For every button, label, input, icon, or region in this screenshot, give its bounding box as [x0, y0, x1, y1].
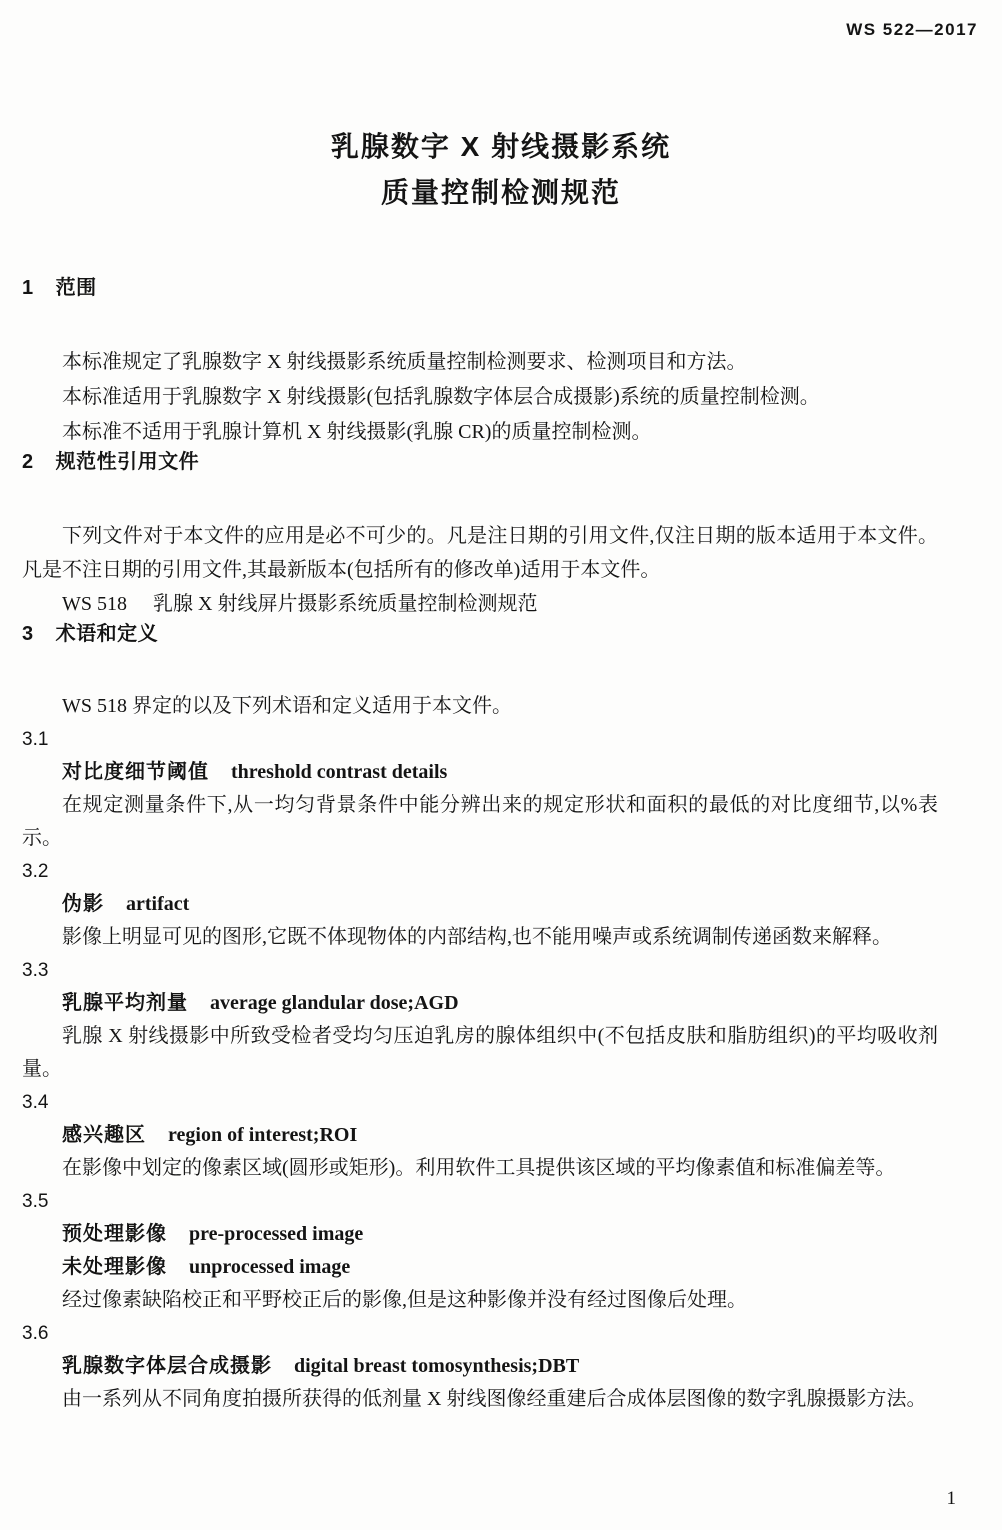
document-title-line2: 质量控制检测规范 — [0, 170, 1002, 216]
term-definition: 由一系列从不同角度拍摄所获得的低剂量 X 射线图像经重建后合成体层图像的数字乳腺… — [22, 1383, 938, 1416]
term-name: 预处理影像pre-processed image — [22, 1218, 938, 1251]
term-name-zh: 乳腺平均剂量 — [62, 992, 188, 1014]
term-number: 3.1 — [22, 723, 938, 756]
section-3-title: 术语和定义 — [56, 623, 159, 645]
section-3-content: WS 518 界定的以及下列术语和定义适用于本文件。 3.1 对比度细节阈值th… — [22, 690, 938, 1416]
term-name-en: unprocessed image — [189, 1256, 350, 1278]
section-2-heading: 2规范性引用文件 — [22, 450, 938, 474]
term-name-en: threshold contrast details — [231, 761, 447, 783]
term-number: 3.6 — [22, 1317, 938, 1350]
term-definition: 影像上明显可见的图形,它既不体现物体的内部结构,也不能用噪声或系统调制传递函数来… — [22, 921, 938, 954]
section-1-heading: 1范围 — [22, 276, 938, 300]
term-definition: 乳腺 X 射线摄影中所致受检者受均匀压迫乳房的腺体组织中(不包括皮肤和脂肪组织)… — [22, 1020, 938, 1086]
section-2-content: 下列文件对于本文件的应用是必不可少的。凡是注日期的引用文件,仅注日期的版本适用于… — [22, 519, 938, 622]
document-page: WS 522—2017 乳腺数字 X 射线摄影系统 质量控制检测规范 1范围 本… — [0, 0, 1002, 1530]
term-number: 3.3 — [22, 954, 938, 987]
reference-title: 乳腺 X 射线屏片摄影系统质量控制检测规范 — [153, 593, 537, 615]
term-name-en: pre-processed image — [189, 1223, 363, 1245]
term-name-zh: 乳腺数字体层合成摄影 — [62, 1355, 272, 1377]
section-2-number: 2 — [22, 451, 34, 473]
term-name: 乳腺平均剂量average glandular dose;AGD — [22, 987, 938, 1020]
paragraph: 本标准适用于乳腺数字 X 射线摄影(包括乳腺数字体层合成摄影)系统的质量控制检测… — [22, 380, 938, 415]
term-name-zh: 预处理影像 — [62, 1223, 167, 1245]
terms-intro: WS 518 界定的以及下列术语和定义适用于本文件。 — [22, 690, 938, 723]
section-3-number: 3 — [22, 623, 34, 645]
term-name-zh: 伪影 — [62, 893, 104, 915]
term-name-en: artifact — [126, 893, 189, 915]
term-name-alt: 未处理影像unprocessed image — [22, 1251, 938, 1284]
term-name-zh: 感兴趣区 — [62, 1124, 146, 1146]
page-number: 1 — [947, 1488, 957, 1510]
term-name-zh: 未处理影像 — [62, 1256, 167, 1278]
term-number: 3.5 — [22, 1185, 938, 1218]
section-1-title: 范围 — [56, 277, 97, 299]
term-name: 感兴趣区region of interest;ROI — [22, 1119, 938, 1152]
term-name-zh: 对比度细节阈值 — [62, 761, 209, 783]
paragraph: 本标准规定了乳腺数字 X 射线摄影系统质量控制检测要求、检测项目和方法。 — [22, 345, 938, 380]
section-1-content: 本标准规定了乳腺数字 X 射线摄影系统质量控制检测要求、检测项目和方法。 本标准… — [22, 345, 938, 450]
paragraph: 本标准不适用于乳腺计算机 X 射线摄影(乳腺 CR)的质量控制检测。 — [22, 415, 938, 450]
term-definition: 在影像中划定的像素区域(圆形或矩形)。利用软件工具提供该区域的平均像素值和标准偏… — [22, 1152, 938, 1185]
section-3-heading: 3术语和定义 — [22, 622, 938, 646]
document-title: 乳腺数字 X 射线摄影系统 质量控制检测规范 — [0, 124, 1002, 216]
paragraph: 下列文件对于本文件的应用是必不可少的。凡是注日期的引用文件,仅注日期的版本适用于… — [22, 519, 938, 587]
document-title-line1: 乳腺数字 X 射线摄影系统 — [0, 124, 1002, 170]
section-1-number: 1 — [22, 277, 34, 299]
reference-code: WS 518 — [62, 593, 127, 615]
term-name-en: average glandular dose;AGD — [210, 992, 459, 1014]
term-number: 3.4 — [22, 1086, 938, 1119]
section-2-title: 规范性引用文件 — [56, 451, 200, 473]
term-name: 伪影artifact — [22, 888, 938, 921]
term-definition: 在规定测量条件下,从一均匀背景条件中能分辨出来的规定形状和面积的最低的对比度细节… — [22, 789, 938, 855]
term-name: 对比度细节阈值threshold contrast details — [22, 756, 938, 789]
term-number: 3.2 — [22, 855, 938, 888]
term-name-en: digital breast tomosynthesis;DBT — [294, 1355, 579, 1377]
term-name: 乳腺数字体层合成摄影digital breast tomosynthesis;D… — [22, 1350, 938, 1383]
standard-code: WS 522—2017 — [846, 20, 978, 40]
normative-reference: WS 518乳腺 X 射线屏片摄影系统质量控制检测规范 — [22, 587, 938, 622]
document-body: 1范围 本标准规定了乳腺数字 X 射线摄影系统质量控制检测要求、检测项目和方法。… — [22, 276, 938, 1416]
term-name-en: region of interest;ROI — [168, 1124, 357, 1146]
term-definition: 经过像素缺陷校正和平野校正后的影像,但是这种影像并没有经过图像后处理。 — [22, 1284, 938, 1317]
